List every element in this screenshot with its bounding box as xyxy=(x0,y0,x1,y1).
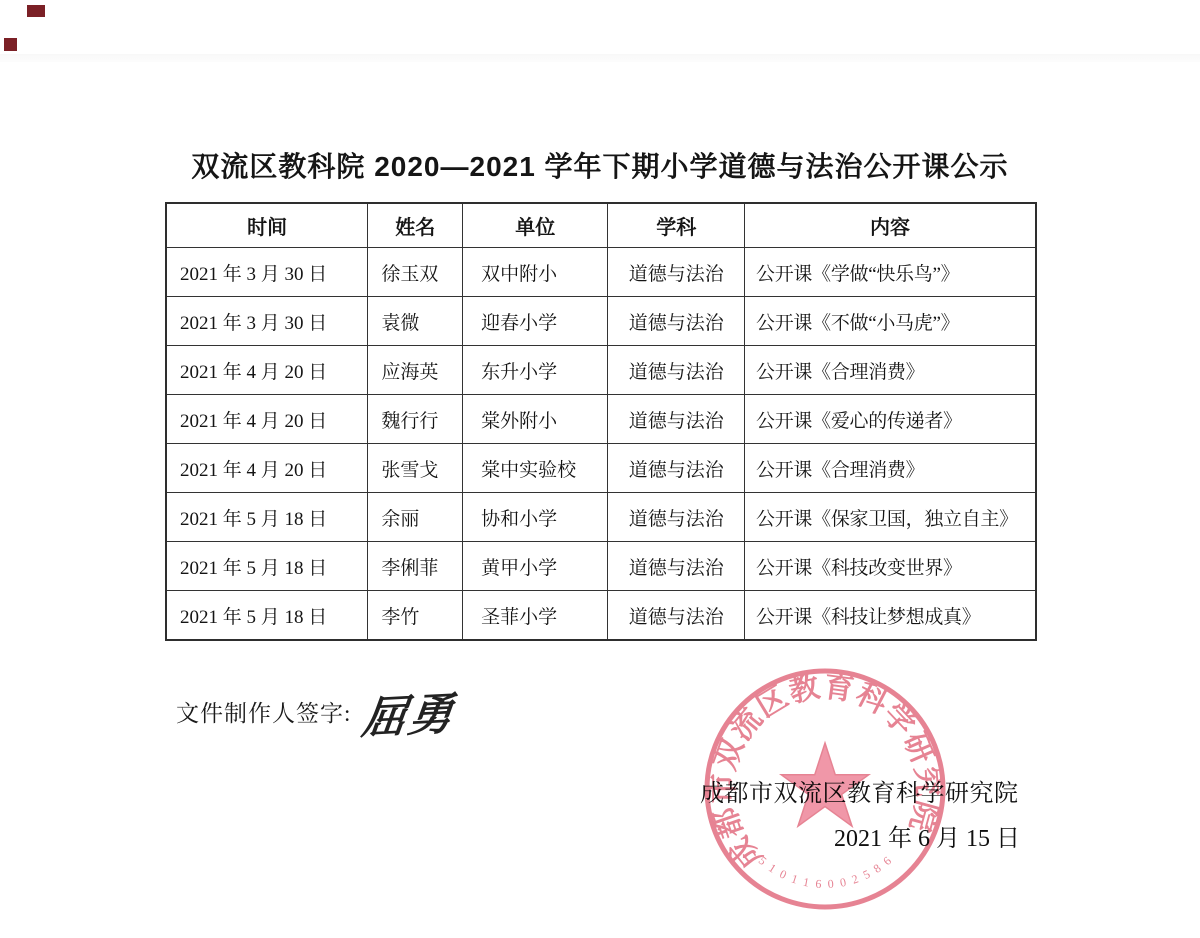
cell-content: 公开课《保家卫国，独立自主》 xyxy=(745,493,1036,542)
signature-label: 文件制作人签字: xyxy=(176,701,351,726)
column-header-time: 时间 xyxy=(166,203,368,248)
cell-time: 2021 年 5 月 18 日 xyxy=(166,542,368,591)
page-title: 双流区教科院 2020—2021 学年下期小学道德与法治公开课公示 xyxy=(0,145,1200,185)
cell-content: 公开课《不做“小马虎”》 xyxy=(745,297,1036,346)
cell-time: 2021 年 5 月 18 日 xyxy=(166,493,368,542)
cell-unit: 棠外附小 xyxy=(463,395,608,444)
cell-content: 公开课《学做“快乐鸟”》 xyxy=(745,248,1036,297)
svg-text:510116002586: 510116002586 xyxy=(756,852,896,891)
table-row: 2021 年 5 月 18 日 李俐菲 黄甲小学 道德与法治 公开课《科技改变世… xyxy=(166,542,1036,591)
cell-subject: 道德与法治 xyxy=(608,542,745,591)
cell-name: 李竹 xyxy=(368,591,463,641)
scanned-document-page: { "page": { "title": "双流区教科院 2020—2021 学… xyxy=(0,0,1200,938)
cell-time: 2021 年 4 月 20 日 xyxy=(166,395,368,444)
cell-subject: 道德与法治 xyxy=(608,591,745,641)
cell-time: 2021 年 5 月 18 日 xyxy=(166,591,368,641)
table-row: 2021 年 3 月 30 日 徐玉双 双中附小 道德与法治 公开课《学做“快乐… xyxy=(166,248,1036,297)
column-header-subject: 学科 xyxy=(608,203,745,248)
cell-content: 公开课《合理消费》 xyxy=(745,346,1036,395)
scan-mark xyxy=(4,38,17,51)
cell-name: 徐玉双 xyxy=(368,248,463,297)
cell-time: 2021 年 4 月 20 日 xyxy=(166,346,368,395)
cell-unit: 双中附小 xyxy=(463,248,608,297)
cell-time: 2021 年 3 月 30 日 xyxy=(166,248,368,297)
seal-number: 510116002586 xyxy=(756,852,896,891)
organization-name: 成都市双流区教育科学研究院 xyxy=(700,773,1019,808)
table-row: 2021 年 3 月 30 日 袁微 迎春小学 道德与法治 公开课《不做“小马虎… xyxy=(166,297,1036,346)
table-row: 2021 年 4 月 20 日 魏行行 棠外附小 道德与法治 公开课《爱心的传递… xyxy=(166,395,1036,444)
cell-unit: 协和小学 xyxy=(463,493,608,542)
cell-name: 李俐菲 xyxy=(368,542,463,591)
cell-subject: 道德与法治 xyxy=(608,444,745,493)
cell-unit: 迎春小学 xyxy=(463,297,608,346)
openclass-table: 时间 姓名 单位 学科 内容 2021 年 3 月 30 日 徐玉双 双中附小 … xyxy=(165,202,1037,641)
cell-name: 应海英 xyxy=(368,346,463,395)
signature-line: 文件制作人签字: 屈勇 xyxy=(176,680,455,744)
scan-noise-band xyxy=(0,54,1200,62)
cell-name: 张雪戈 xyxy=(368,444,463,493)
document-date: 2021 年 6 月 15 日 xyxy=(834,818,1020,853)
cell-time: 2021 年 3 月 30 日 xyxy=(166,297,368,346)
cell-subject: 道德与法治 xyxy=(608,346,745,395)
cell-unit: 东升小学 xyxy=(463,346,608,395)
column-header-content: 内容 xyxy=(745,203,1036,248)
cell-time: 2021 年 4 月 20 日 xyxy=(166,444,368,493)
table-row: 2021 年 4 月 20 日 应海英 东升小学 道德与法治 公开课《合理消费》 xyxy=(166,346,1036,395)
cell-content: 公开课《爱心的传递者》 xyxy=(745,395,1036,444)
cell-name: 魏行行 xyxy=(368,395,463,444)
table-row: 2021 年 4 月 20 日 张雪戈 棠中实验校 道德与法治 公开课《合理消费… xyxy=(166,444,1036,493)
table-row: 2021 年 5 月 18 日 余丽 协和小学 道德与法治 公开课《保家卫国，独… xyxy=(166,493,1036,542)
cell-name: 袁微 xyxy=(368,297,463,346)
cell-content: 公开课《科技改变世界》 xyxy=(745,542,1036,591)
cell-subject: 道德与法治 xyxy=(608,297,745,346)
handwritten-signature: 屈勇 xyxy=(359,677,459,746)
scan-mark xyxy=(27,5,45,17)
cell-subject: 道德与法治 xyxy=(608,248,745,297)
cell-unit: 棠中实验校 xyxy=(463,444,608,493)
cell-content: 公开课《合理消费》 xyxy=(745,444,1036,493)
cell-unit: 黄甲小学 xyxy=(463,542,608,591)
cell-content: 公开课《科技让梦想成真》 xyxy=(745,591,1036,641)
table-row: 2021 年 5 月 18 日 李竹 圣菲小学 道德与法治 公开课《科技让梦想成… xyxy=(166,591,1036,641)
cell-subject: 道德与法治 xyxy=(608,395,745,444)
table-header-row: 时间 姓名 单位 学科 内容 xyxy=(166,203,1036,248)
table-body: 2021 年 3 月 30 日 徐玉双 双中附小 道德与法治 公开课《学做“快乐… xyxy=(166,248,1036,641)
cell-name: 余丽 xyxy=(368,493,463,542)
column-header-unit: 单位 xyxy=(463,203,608,248)
cell-subject: 道德与法治 xyxy=(608,493,745,542)
column-header-name: 姓名 xyxy=(368,203,463,248)
cell-unit: 圣菲小学 xyxy=(463,591,608,641)
